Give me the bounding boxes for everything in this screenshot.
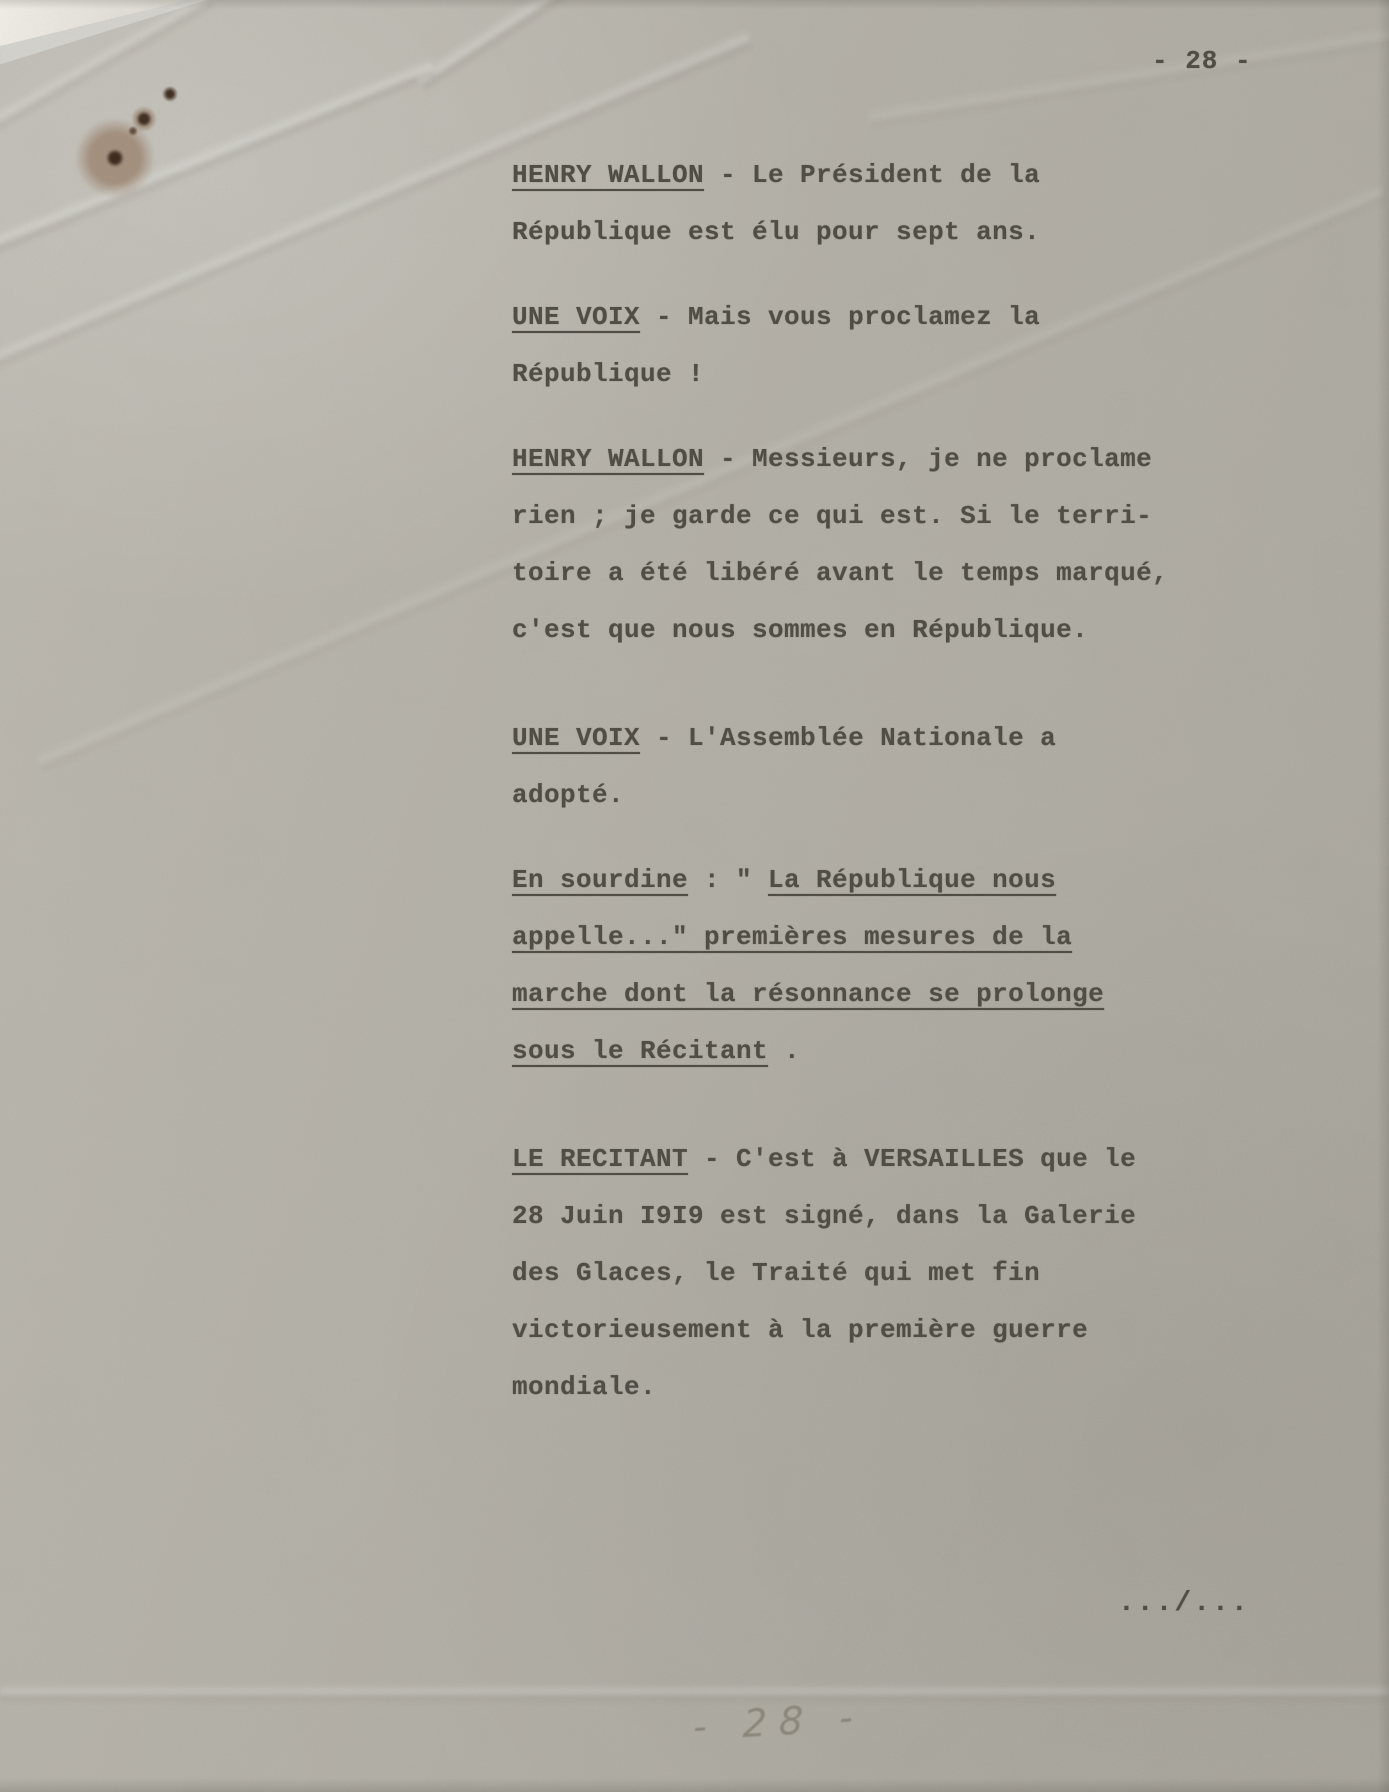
paper-crease	[413, 0, 573, 94]
dialogue-text: - L'Assemblée Nationale a	[640, 723, 1056, 753]
page-edge-shadow	[0, 1778, 1389, 1792]
stage-direction-text: En sourdine	[512, 865, 688, 895]
dialogue-line: 28 Juin I9I9 est signé, dans la Galerie	[512, 1188, 1352, 1245]
stage-direction-line: appelle..." premières mesures de la	[512, 909, 1352, 966]
dialogue-line: adopté.	[512, 767, 1352, 824]
dialogue-text: - Le Président de la	[704, 160, 1040, 190]
dialogue-text: - C'est à VERSAILLES que le	[688, 1144, 1136, 1174]
speaker-name: HENRY WALLON	[512, 160, 704, 190]
dialogue-line: rien ; je garde ce qui est. Si le terri-	[512, 488, 1352, 545]
dialogue-paragraph: HENRY WALLON - Le Président de la Républ…	[512, 147, 1352, 261]
speaker-name: UNE VOIX	[512, 723, 640, 753]
ink-stain	[131, 106, 157, 132]
paper-crease	[868, 24, 1389, 132]
dialogue-line: des Glaces, le Traité qui met fin	[512, 1245, 1352, 1302]
stage-direction-text: .	[768, 1036, 800, 1066]
stage-direction-text: : "	[688, 865, 768, 895]
speaker-name: LE RECITANT	[512, 1144, 688, 1174]
ink-stain	[128, 126, 138, 136]
dialogue-paragraph: HENRY WALLON - Messieurs, je ne proclame…	[512, 431, 1352, 659]
dialogue-paragraph: UNE VOIX - L'Assemblée Nationale a adopt…	[512, 710, 1352, 824]
stage-direction-line: marche dont la résonnance se prolonge	[512, 966, 1352, 1023]
stage-direction-line: En sourdine : " La République nous	[512, 852, 1352, 909]
paper-crease	[0, 57, 438, 259]
page-edge-shadow	[1377, 0, 1389, 1792]
stage-direction-text: La République nous	[768, 865, 1056, 895]
speaker-name: HENRY WALLON	[512, 444, 704, 474]
dialogue-line: mondiale.	[512, 1359, 1352, 1416]
script-text-block: HENRY WALLON - Le Président de la Républ…	[512, 147, 1352, 1444]
dialogue-line: HENRY WALLON - Messieurs, je ne proclame	[512, 431, 1352, 488]
ink-stain	[75, 118, 155, 198]
dialogue-line: HENRY WALLON - Le Président de la	[512, 147, 1352, 204]
page-edge-shadow	[0, 0, 1389, 9]
paper-crease	[0, 1684, 1389, 1704]
dialogue-line: République est élu pour sept ans.	[512, 204, 1352, 261]
ink-stain	[162, 86, 178, 102]
stage-direction-text: appelle..." premières mesures de la	[512, 922, 1072, 952]
stage-direction-paragraph: En sourdine : " La République nous appel…	[512, 852, 1352, 1080]
dialogue-line: c'est que nous sommes en République.	[512, 602, 1352, 659]
stage-direction-text: sous le Récitant	[512, 1036, 768, 1066]
speaker-name: UNE VOIX	[512, 302, 640, 332]
dialogue-line: UNE VOIX - Mais vous proclamez la	[512, 289, 1352, 346]
document-page: - 28 - HENRY WALLON - Le Président de la…	[0, 0, 1389, 1792]
dialogue-text: - Messieurs, je ne proclame	[704, 444, 1152, 474]
stage-direction-text: marche dont la résonnance se prolonge	[512, 979, 1104, 1009]
handwritten-page-number: - 28 -	[693, 1695, 866, 1750]
dialogue-line: UNE VOIX - L'Assemblée Nationale a	[512, 710, 1352, 767]
dialogue-line: toire a été libéré avant le temps marqué…	[512, 545, 1352, 602]
stage-direction-line: sous le Récitant .	[512, 1023, 1352, 1080]
dialogue-line: victorieusement à la première guerre	[512, 1302, 1352, 1359]
dialogue-line: LE RECITANT - C'est à VERSAILLES que le	[512, 1131, 1352, 1188]
dialogue-paragraph: UNE VOIX - Mais vous proclamez la Républ…	[512, 289, 1352, 403]
dialogue-line: République !	[512, 346, 1352, 403]
dialogue-text: - Mais vous proclamez la	[640, 302, 1040, 332]
continuation-mark: .../...	[1118, 1588, 1250, 1619]
page-number: - 28 -	[1152, 33, 1252, 90]
dialogue-paragraph: LE RECITANT - C'est à VERSAILLES que le …	[512, 1131, 1352, 1416]
